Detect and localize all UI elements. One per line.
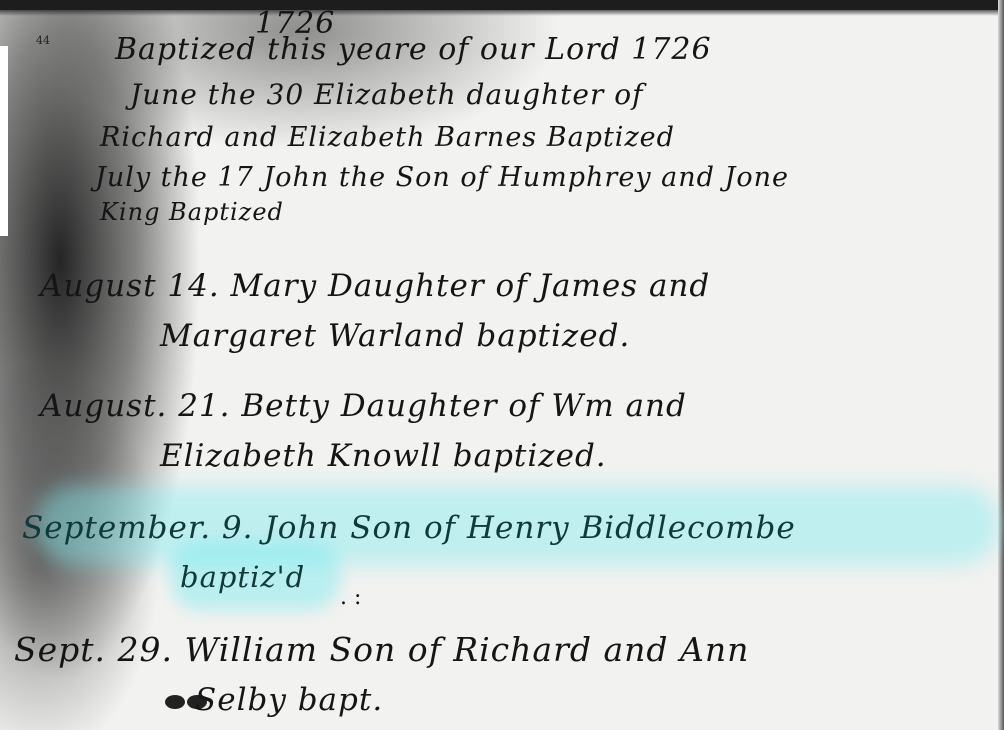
page-left-tab xyxy=(0,46,8,236)
opening-entry-line: June the 30 Elizabeth daughter of xyxy=(130,78,643,111)
baptism-entry-september-9-highlighted: September. 9. John Son of Henry Biddleco… xyxy=(22,510,796,546)
register-page: 44 1726 Baptized this yeare of our Lord … xyxy=(0,0,1004,730)
opening-entry-line: King Baptized xyxy=(100,198,284,226)
baptism-entry-sept-29: Sept. 29. William Son of Richard and Ann xyxy=(14,630,749,669)
opening-entry-line: July the 17 John the Son of Humphrey and… xyxy=(95,162,789,193)
page-top-edge xyxy=(0,0,1004,10)
opening-entry-line: Richard and Elizabeth Barnes Baptized xyxy=(100,122,675,153)
baptism-entry-august-21-cont: Elizabeth Knowll baptized. xyxy=(160,438,607,474)
ink-blot xyxy=(165,695,185,709)
page-right-edge xyxy=(998,0,1004,730)
baptism-entry-august-14: August 14. Mary Daughter of James and xyxy=(40,268,710,304)
baptism-entry-august-14-cont: Margaret Warland baptized. xyxy=(160,318,630,354)
baptism-entry-sept-29-cont: Selby bapt. xyxy=(195,682,383,718)
ink-dots: . : xyxy=(340,585,361,610)
folio-number: 44 xyxy=(36,34,50,47)
register-intro-line: Baptized this yeare of our Lord 1726 xyxy=(115,32,712,67)
baptism-entry-september-9-cont: baptiz'd xyxy=(180,560,305,594)
baptism-entry-august-21: August. 21. Betty Daughter of Wm and xyxy=(40,388,687,424)
